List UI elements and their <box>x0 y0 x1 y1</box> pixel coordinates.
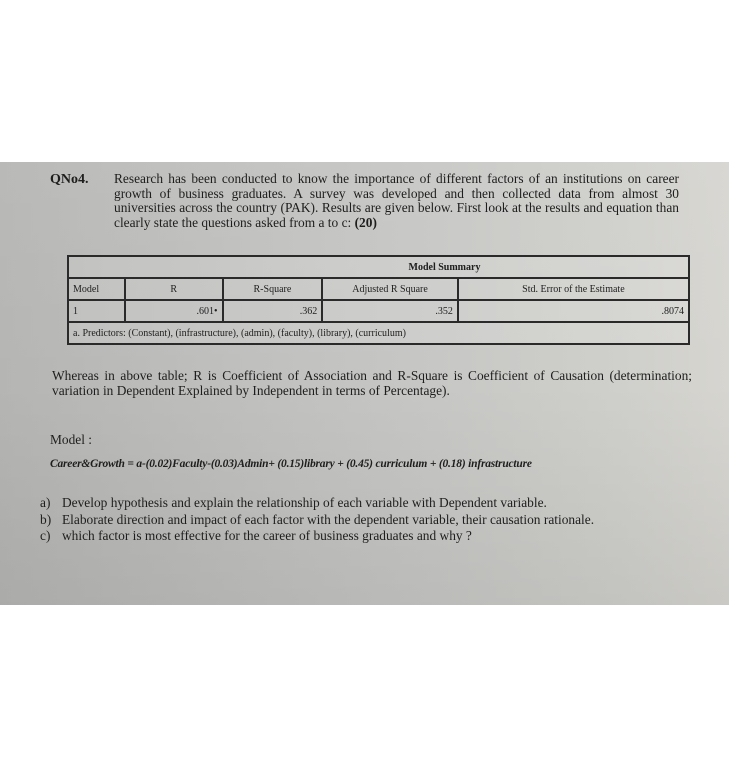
exam-paper-photo: QNo4. Research has been conducted to kno… <box>0 162 729 605</box>
col-header-std-error: Std. Error of the Estimate <box>458 278 689 300</box>
col-header-model: Model <box>68 278 125 300</box>
cell-r: .601• <box>125 300 223 322</box>
model-summary-table: Model Summary Model R R-Square Adjusted … <box>67 255 690 345</box>
sub-questions-list: a)Develop hypothesis and explain the rel… <box>40 495 594 545</box>
explanation-paragraph: Whereas in above table; R is Coefficient… <box>52 368 692 398</box>
question-number: QNo4. <box>50 172 89 188</box>
table-footnote-row: a. Predictors: (Constant), (infrastructu… <box>68 322 689 344</box>
intro-text: Research has been conducted to know the … <box>114 171 679 230</box>
sub-question-a: a)Develop hypothesis and explain the rel… <box>40 495 594 512</box>
sub-question-letter: c) <box>40 528 62 545</box>
question-intro: Research has been conducted to know the … <box>114 172 679 230</box>
cell-model: 1 <box>68 300 125 322</box>
cell-std-error: .8074 <box>458 300 689 322</box>
sub-question-text: Elaborate direction and impact of each f… <box>62 512 594 527</box>
cell-r-square: .362 <box>223 300 323 322</box>
sub-question-b: b)Elaborate direction and impact of each… <box>40 512 594 529</box>
sub-question-text: Develop hypothesis and explain the relat… <box>62 495 547 510</box>
col-header-r: R <box>125 278 223 300</box>
table-footnote: a. Predictors: (Constant), (infrastructu… <box>68 322 689 344</box>
sub-question-letter: b) <box>40 512 62 529</box>
sub-question-text: which factor is most effective for the c… <box>62 528 472 543</box>
sub-question-letter: a) <box>40 495 62 512</box>
col-header-adj-r-square: Adjusted R Square <box>322 278 458 300</box>
cell-adj-r-square: .352 <box>322 300 458 322</box>
regression-equation: Career&Growth = a-(0.02)Faculty-(0.03)Ad… <box>50 458 532 470</box>
sub-question-c: c)which factor is most effective for the… <box>40 528 594 545</box>
table-row: 1 .601• .362 .352 .8074 <box>68 300 689 322</box>
table-title: Model Summary <box>68 256 689 278</box>
col-header-r-square: R-Square <box>223 278 323 300</box>
table-header-row: Model R R-Square Adjusted R Square Std. … <box>68 278 689 300</box>
question-marks: (20) <box>355 215 377 230</box>
model-label: Model : <box>50 432 92 448</box>
table-title-row: Model Summary <box>68 256 689 278</box>
